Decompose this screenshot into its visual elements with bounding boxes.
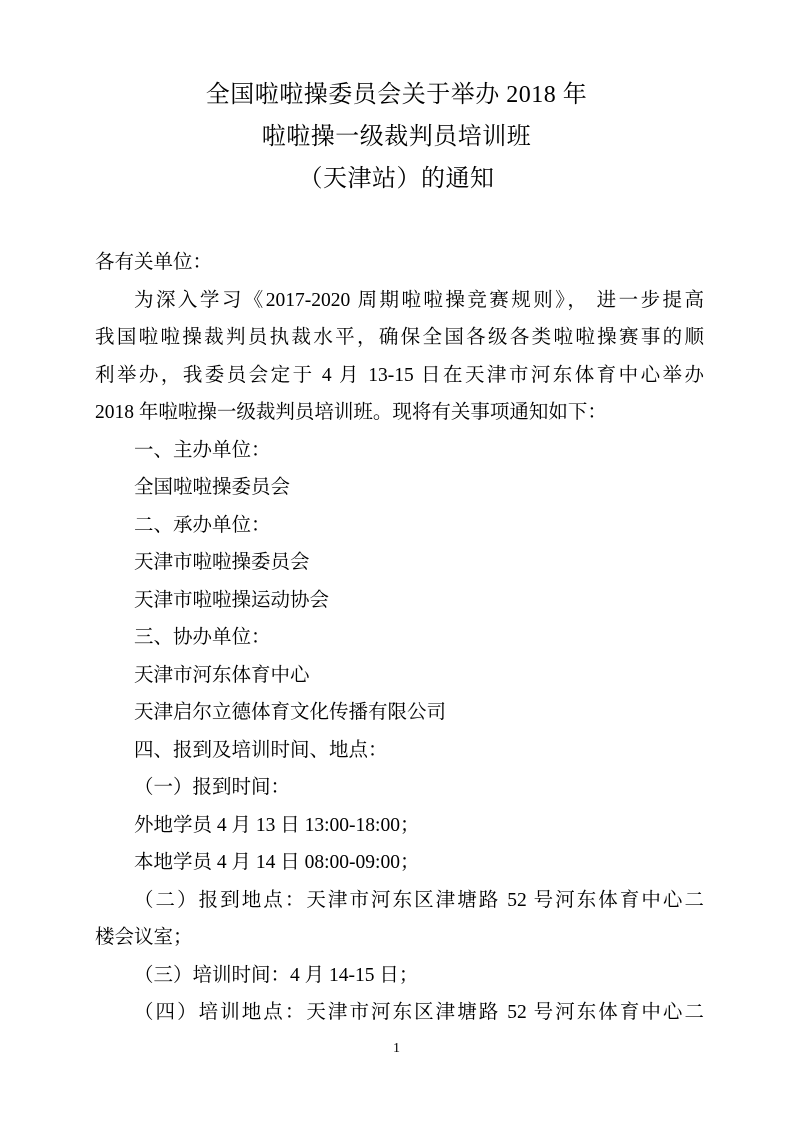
body-line: （一）报到时间： <box>95 769 704 807</box>
body-line: （四）培训地点：天津市河东区津塘路 52 号河东体育中心二 <box>95 994 704 1032</box>
document-title: 全国啦啦操委员会关于举办 2018 年啦啦操一级裁判员培训班（天津站）的通知 <box>0 74 793 200</box>
body-line: （三）培训时间：4 月 14-15 日； <box>95 957 704 995</box>
body-line: 天津启尔立德体育文化传播有限公司 <box>95 694 704 732</box>
body-line: 为深入学习《2017-2020 周期啦啦操竞赛规则》， 进一步提高 <box>95 282 704 320</box>
body-line: 本地学员 4 月 14 日 08:00-09:00； <box>95 844 704 882</box>
document-page: 全国啦啦操委员会关于举办 2018 年啦啦操一级裁判员培训班（天津站）的通知 各… <box>0 0 793 1122</box>
page-footer: 1 <box>0 1041 793 1057</box>
title-line: （天津站）的通知 <box>0 158 793 200</box>
body-line: 2018 年啦啦操一级裁判员培训班。现将有关事项通知如下： <box>95 394 704 432</box>
body-line: 天津市啦啦操委员会 <box>95 544 704 582</box>
document-body: 各有关单位：为深入学习《2017-2020 周期啦啦操竞赛规则》， 进一步提高我… <box>95 244 704 1032</box>
body-line: 三、协办单位： <box>95 619 704 657</box>
body-line: （二）报到地点：天津市河东区津塘路 52 号河东体育中心二 <box>95 882 704 920</box>
body-line: 天津市啦啦操运动协会 <box>95 582 704 620</box>
title-line: 啦啦操一级裁判员培训班 <box>0 116 793 158</box>
body-line: 天津市河东体育中心 <box>95 657 704 695</box>
body-line: 四、报到及培训时间、地点： <box>95 732 704 770</box>
body-line: 利举办，我委员会定于 4 月 13-15 日在天津市河东体育中心举办 <box>95 357 704 395</box>
body-line: 各有关单位： <box>95 244 704 282</box>
body-line: 一、主办单位： <box>95 432 704 470</box>
title-line: 全国啦啦操委员会关于举办 2018 年 <box>0 74 793 116</box>
body-line: 我国啦啦操裁判员执裁水平，确保全国各级各类啦啦操赛事的顺 <box>95 319 704 357</box>
page-number: 1 <box>393 1041 400 1056</box>
body-line: 二、承办单位： <box>95 507 704 545</box>
body-line: 外地学员 4 月 13 日 13:00-18:00； <box>95 807 704 845</box>
body-line: 全国啦啦操委员会 <box>95 469 704 507</box>
body-line: 楼会议室； <box>95 919 704 957</box>
